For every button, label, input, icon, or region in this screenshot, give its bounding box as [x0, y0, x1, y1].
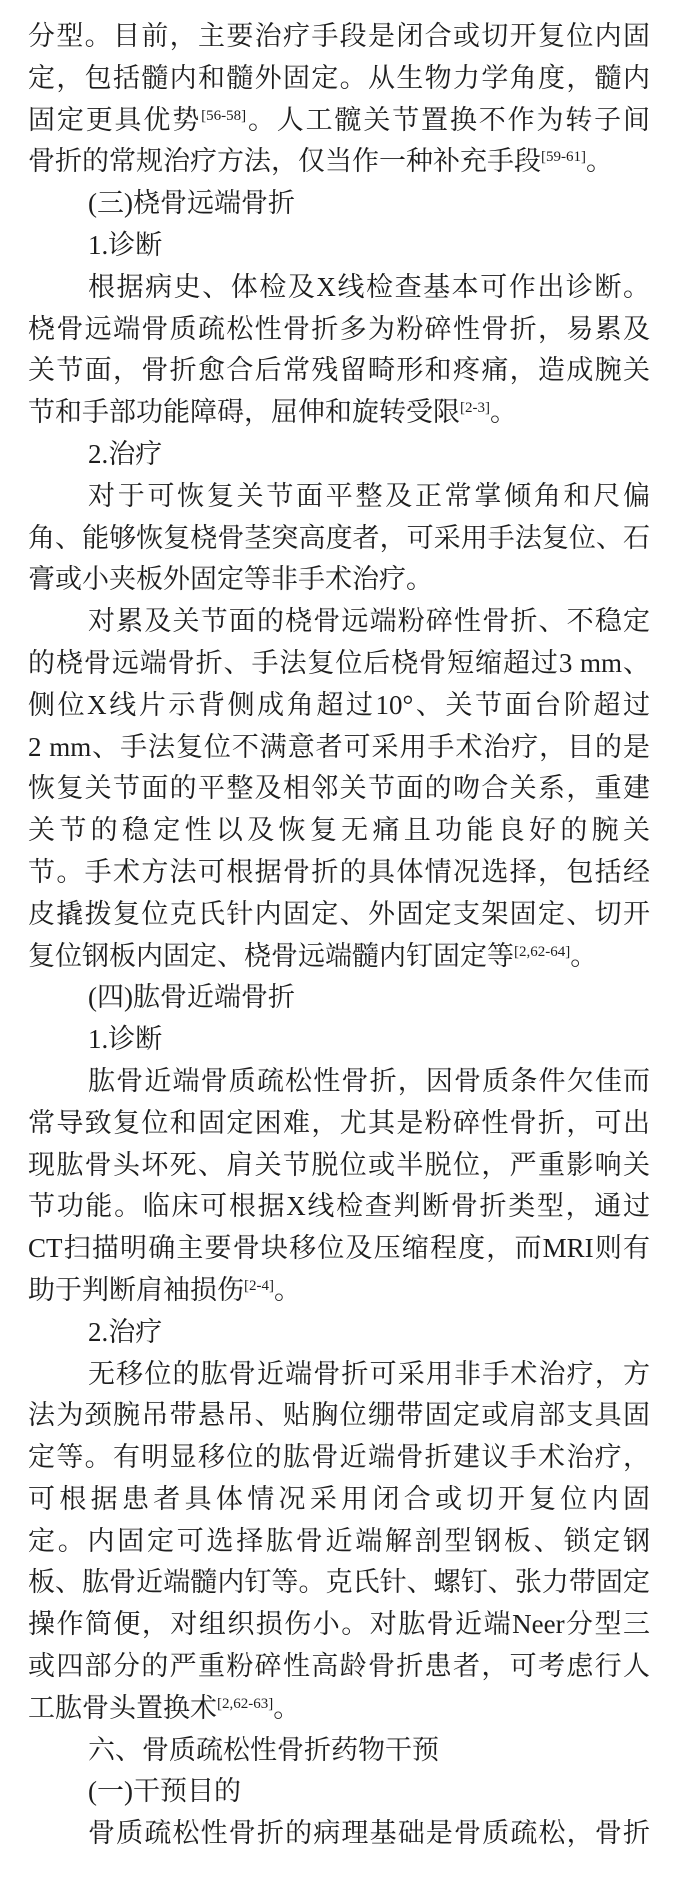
text-line: 工肱骨头置换术[2,62-63]。 — [28, 1688, 650, 1730]
text-line: 固定更具优势[56-58]。人工髋关节置换不作为转子间 — [28, 100, 650, 142]
text-line: 操作简便，对组织损伤小。对肱骨近端Neer分型三 — [28, 1604, 650, 1646]
section-heading: 1.诊断 — [28, 225, 650, 267]
text-line: 助于判断肩袖损伤[2-4]。 — [28, 1270, 650, 1312]
section-heading: 1.诊断 — [28, 1019, 650, 1061]
text-line: 常导致复位和固定困难，尤其是粉碎性骨折，可出 — [28, 1103, 650, 1145]
citation-superscript: [2-3] — [460, 400, 490, 416]
section-heading: (三)桡骨远端骨折 — [28, 183, 650, 225]
text-line: 2 mm、手法复位不满意者可采用手术治疗，目的是 — [28, 727, 650, 769]
text-line: 的桡骨远端骨折、手法复位后桡骨短缩超过3 mm、 — [28, 643, 650, 685]
text-line: 桡骨远端骨质疏松性骨折多为粉碎性骨折，易累及 — [28, 309, 650, 351]
text-line: 板、肱骨近端髓内钉等。克氏针、螺钉、张力带固定 — [28, 1562, 650, 1604]
citation-superscript: [2-4] — [244, 1278, 274, 1294]
section-heading: 2.治疗 — [28, 434, 650, 476]
section-heading: (四)肱骨近端骨折 — [28, 977, 650, 1019]
text-line: 定。内固定可选择肱骨近端解剖型钢板、锁定钢 — [28, 1521, 650, 1563]
text-line: 骨质疏松性骨折的病理基础是骨质疏松，骨折 — [28, 1813, 650, 1855]
text-line: 可根据患者具体情况采用闭合或切开复位内固 — [28, 1479, 650, 1521]
citation-superscript: [2,62-64] — [514, 944, 570, 960]
text-line: 复位钢板内固定、桡骨远端髓内钉固定等[2,62-64]。 — [28, 936, 650, 978]
text-line: 对于可恢复关节面平整及正常掌倾角和尺偏 — [28, 476, 650, 518]
text-line: 根据病史、体检及X线检查基本可作出诊断。 — [28, 267, 650, 309]
citation-superscript: [56-58] — [201, 108, 246, 124]
citation-superscript: [2,62-63] — [217, 1696, 273, 1712]
text-line: 骨折的常规治疗方法，仅当作一种补充手段[59-61]。 — [28, 141, 650, 183]
text-line: 恢复关节面的平整及相邻关节面的吻合关系，重建 — [28, 768, 650, 810]
text-line: CT扫描明确主要骨块移位及压缩程度，而MRI则有 — [28, 1228, 650, 1270]
section-heading: 六、骨质疏松性骨折药物干预 — [28, 1730, 650, 1772]
text-line: 定等。有明显移位的肱骨近端骨折建议手术治疗， — [28, 1437, 650, 1479]
section-heading: (一)干预目的 — [28, 1771, 650, 1813]
text-line: 分型。目前，主要治疗手段是闭合或切开复位内固 — [28, 16, 650, 58]
text-line: 定，包括髓内和髓外固定。从生物力学角度，髓内 — [28, 58, 650, 100]
text-line: 对累及关节面的桡骨远端粉碎性骨折、不稳定 — [28, 601, 650, 643]
text-line: 膏或小夹板外固定等非手术治疗。 — [28, 559, 650, 601]
text-line: 或四部分的严重粉碎性高龄骨折患者，可考虑行人 — [28, 1646, 650, 1688]
text-line: 法为颈腕吊带悬吊、贴胸位绷带固定或肩部支具固 — [28, 1395, 650, 1437]
text-line: 无移位的肱骨近端骨折可采用非手术治疗，方 — [28, 1354, 650, 1396]
text-line: 皮撬拨复位克氏针内固定、外固定支架固定、切开 — [28, 894, 650, 936]
text-line: 角、能够恢复桡骨茎突高度者，可采用手法复位、石 — [28, 518, 650, 560]
section-heading: 2.治疗 — [28, 1312, 650, 1354]
text-line: 现肱骨头坏死、肩关节脱位或半脱位，严重影响关 — [28, 1145, 650, 1187]
text-line: 侧位X线片示背侧成角超过10°、关节面台阶超过 — [28, 685, 650, 727]
citation-superscript: [59-61] — [541, 149, 586, 165]
document-page: 分型。目前，主要治疗手段是闭合或切开复位内固定，包括髓内和髓外固定。从生物力学角… — [0, 0, 690, 1881]
text-line: 关节面，骨折愈合后常残留畸形和疼痛，造成腕关 — [28, 350, 650, 392]
text-line: 节功能。临床可根据X线检查判断骨折类型，通过 — [28, 1186, 650, 1228]
text-line: 关节的稳定性以及恢复无痛且功能良好的腕关 — [28, 810, 650, 852]
text-line: 节。手术方法可根据骨折的具体情况选择，包括经 — [28, 852, 650, 894]
text-line: 节和手部功能障碍，屈伸和旋转受限[2-3]。 — [28, 392, 650, 434]
text-line: 肱骨近端骨质疏松性骨折，因骨质条件欠佳而 — [28, 1061, 650, 1103]
